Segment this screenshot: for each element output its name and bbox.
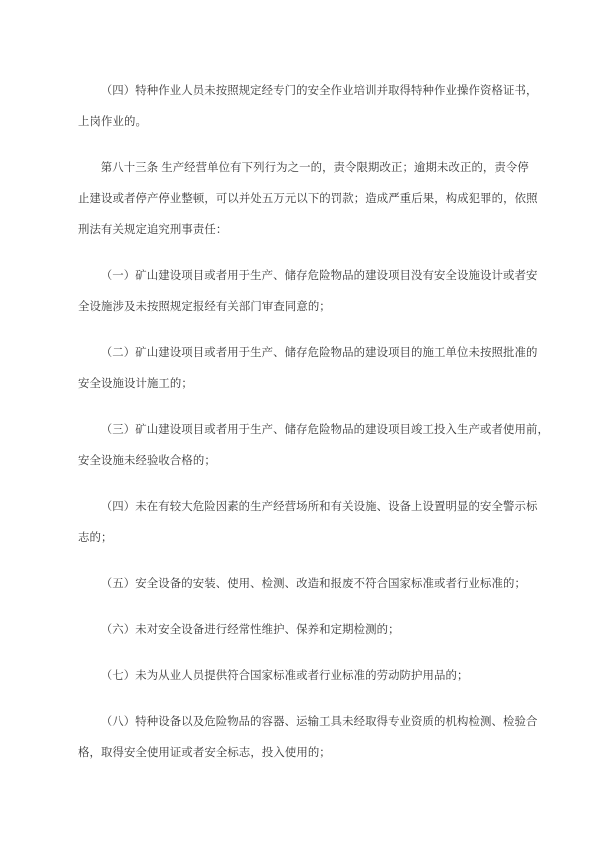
document-page: （四）特种作业人员未按照规定经专门的安全作业培训并取得特种作业操作资格证书，上岗… — [0, 0, 600, 848]
text-line: 格，取得安全使用证或者安全标志，投入使用的； — [78, 738, 530, 769]
paragraph: 第八十三条 生产经营单位有下列行为之一的，责令限期改正；逾期未改正的，责令停止建… — [78, 153, 530, 246]
paragraph: （一）矿山建设项目或者用于生产、储存危险物品的建设项目没有安全设施设计或者安全设… — [78, 261, 530, 323]
text-line: 第八十三条 生产经营单位有下列行为之一的，责令限期改正；逾期未改正的，责令停 — [78, 153, 530, 184]
text-line: 志的； — [78, 523, 530, 554]
paragraph: （二）矿山建设项目或者用于生产、储存危险物品的建设项目的施工单位未按照批准的安全… — [78, 338, 530, 400]
paragraph: （四）特种作业人员未按照规定经专门的安全作业培训并取得特种作业操作资格证书，上岗… — [78, 76, 530, 138]
text-line: （四）未在有较大危险因素的生产经营场所和有关设施、设备上设置明显的安全警示标 — [78, 492, 530, 523]
text-line: （八）特种设备以及危险物品的容器、运输工具未经取得专业资质的机构检测、检验合 — [78, 707, 530, 738]
text-line: 上岗作业的。 — [78, 107, 530, 138]
paragraph: （六）未对安全设备进行经常性维护、保养和定期检测的； — [78, 615, 530, 646]
text-line: （五）安全设备的安装、使用、检测、改造和报废不符合国家标准或者行业标准的； — [78, 569, 530, 600]
paragraph: （四）未在有较大危险因素的生产经营场所和有关设施、设备上设置明显的安全警示标志的… — [78, 492, 530, 554]
text-line: （二）矿山建设项目或者用于生产、储存危险物品的建设项目的施工单位未按照批准的 — [78, 338, 530, 369]
text-line: 刑法有关规定追究刑事责任： — [78, 215, 530, 246]
text-line: （三）矿山建设项目或者用于生产、储存危险物品的建设项目竣工投入生产或者使用前， — [78, 415, 530, 446]
paragraph: （三）矿山建设项目或者用于生产、储存危险物品的建设项目竣工投入生产或者使用前，安… — [78, 415, 530, 477]
text-line: 安全设施未经验收合格的； — [78, 446, 530, 477]
paragraph: （八）特种设备以及危险物品的容器、运输工具未经取得专业资质的机构检测、检验合格，… — [78, 707, 530, 769]
document-body: （四）特种作业人员未按照规定经专门的安全作业培训并取得特种作业操作资格证书，上岗… — [78, 76, 530, 784]
paragraph: （五）安全设备的安装、使用、检测、改造和报废不符合国家标准或者行业标准的； — [78, 569, 530, 600]
text-line: （四）特种作业人员未按照规定经专门的安全作业培训并取得特种作业操作资格证书， — [78, 76, 530, 107]
text-line: （一）矿山建设项目或者用于生产、储存危险物品的建设项目没有安全设施设计或者安 — [78, 261, 530, 292]
text-line: 全设施涉及未按照规定报经有关部门审查同意的； — [78, 292, 530, 323]
text-line: （六）未对安全设备进行经常性维护、保养和定期检测的； — [78, 615, 530, 646]
text-line: 安全设施设计施工的； — [78, 369, 530, 400]
paragraph: （七）未为从业人员提供符合国家标准或者行业标准的劳动防护用品的； — [78, 661, 530, 692]
text-line: 止建设或者停产停业整顿，可以并处五万元以下的罚款；造成严重后果，构成犯罪的，依照 — [78, 184, 530, 215]
text-line: （七）未为从业人员提供符合国家标准或者行业标准的劳动防护用品的； — [78, 661, 530, 692]
